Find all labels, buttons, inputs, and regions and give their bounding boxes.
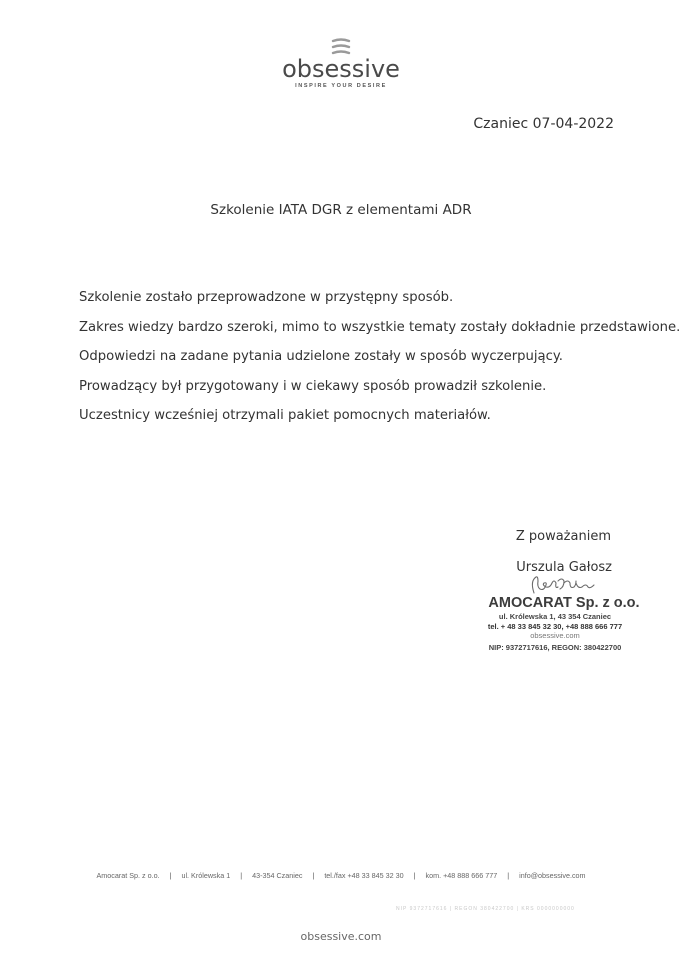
wave-stripes-icon	[330, 38, 352, 56]
footer-contact-line: Amocarat Sp. z o.o. | ul. Królewska 1 | …	[0, 871, 682, 880]
footer-website: obsessive.com	[0, 930, 682, 943]
body-line: Zakres wiedzy bardzo szeroki, mimo to ws…	[79, 320, 680, 350]
brand-tagline: INSPIRE YOUR DESIRE	[0, 83, 682, 89]
footer-separator: |	[507, 871, 509, 880]
footer-mobile: kom. +48 888 666 777	[426, 871, 498, 880]
footer-separator: |	[170, 871, 172, 880]
footer-separator: |	[240, 871, 242, 880]
place-date: Czaniec 07-04-2022	[473, 116, 614, 132]
company-stamp: AMOCARAT Sp. z o.o. ul. Królewska 1, 43 …	[470, 594, 640, 652]
company-logo: obsessive INSPIRE YOUR DESIRE	[0, 38, 682, 89]
footer-email: info@obsessive.com	[519, 871, 585, 880]
footer-street: ul. Królewska 1	[181, 871, 230, 880]
brand-name: obsessive	[0, 56, 682, 82]
footer-company: Amocarat Sp. z o.o.	[96, 871, 159, 880]
stamp-website: obsessive.com	[470, 631, 640, 641]
body-line: Prowadzący był przygotowany i w ciekawy …	[79, 379, 680, 409]
footer-faint-registration-line: NIP 9372717616 | REGON 380422700 | KRS 0…	[396, 906, 575, 912]
stamp-phone: tel. + 48 33 845 32 30, +48 888 666 777	[470, 622, 640, 632]
footer-separator: |	[312, 871, 314, 880]
closing-phrase: Z poważaniem	[516, 529, 611, 544]
letter-body: Szkolenie zostało przeprowadzone w przys…	[79, 290, 680, 438]
body-line: Uczestnicy wcześniej otrzymali pakiet po…	[79, 408, 680, 438]
stamp-tax-ids: NIP: 9372717616, REGON: 380422700	[470, 643, 640, 653]
footer-city: 43-354 Czaniec	[252, 871, 302, 880]
footer-separator: |	[414, 871, 416, 880]
letter-title: Szkolenie IATA DGR z elementami ADR	[0, 202, 682, 218]
body-line: Szkolenie zostało przeprowadzone w przys…	[79, 290, 680, 320]
body-line: Odpowiedzi na zadane pytania udzielone z…	[79, 349, 680, 379]
footer-phone: tel./fax +48 33 845 32 30	[324, 871, 403, 880]
stamp-address: ul. Królewska 1, 43 354 Czaniec	[470, 612, 640, 622]
stamp-company-name: AMOCARAT Sp. z o.o.	[488, 594, 640, 612]
